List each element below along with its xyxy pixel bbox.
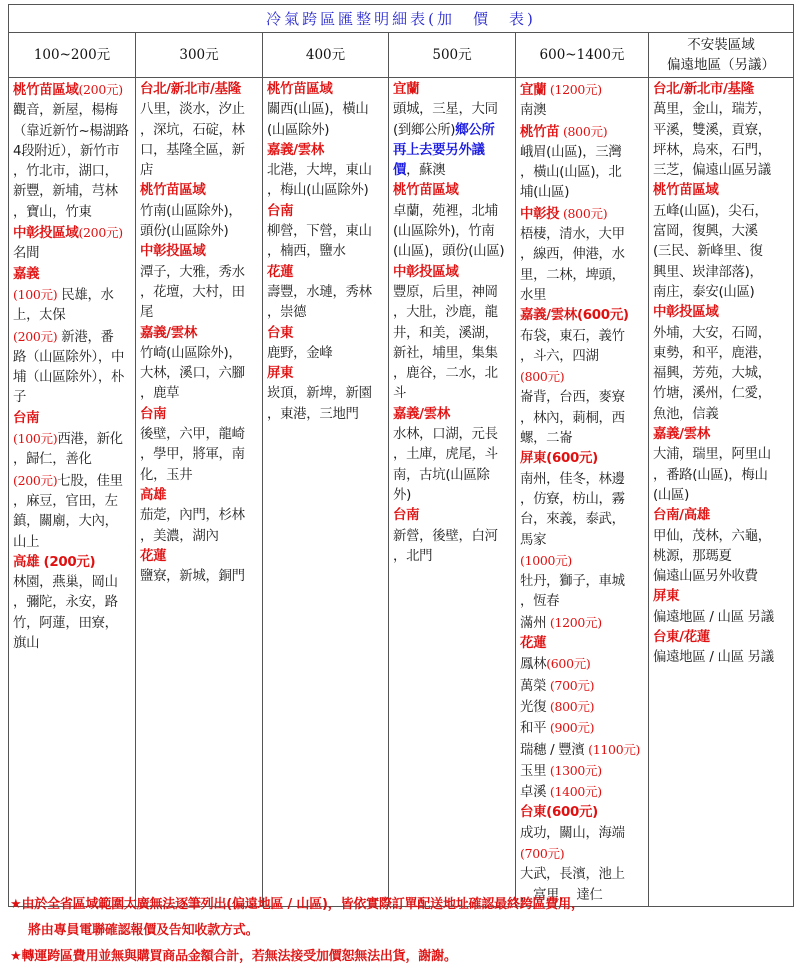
region-label: 嘉義/雲林 xyxy=(393,407,450,422)
area-line: ，土庫，虎尾，斗 xyxy=(393,445,512,465)
area-line: (200元) 新港，番 xyxy=(13,327,132,348)
area-text: 北港，大埤，東山 xyxy=(267,163,372,178)
region-label: 台南 xyxy=(393,508,419,523)
price-label: (800元) xyxy=(559,206,607,221)
area-line: （靠近新竹~楊湖路 xyxy=(13,122,132,142)
region-label: 高雄 (200元) xyxy=(13,555,95,570)
area-text: 鹽寮，新城，銅門 xyxy=(140,569,245,584)
region-label: 桃竹苗區域 xyxy=(393,183,458,198)
region-label: 嘉義/雲林 xyxy=(140,326,197,341)
area-line: 興里、崁津部落)， xyxy=(653,263,790,283)
area-line: (三民、新峰里、復 xyxy=(653,242,790,262)
price-label: (600元) xyxy=(546,656,590,671)
area-line: ，崇德 xyxy=(267,303,385,323)
area-text: 店 xyxy=(140,163,153,178)
area-text: 福興，芳苑，大城， xyxy=(653,366,771,381)
area-text: 豐原，后里，神岡 xyxy=(393,285,498,300)
header-label: 偏遠地區（另議） xyxy=(667,57,775,73)
region-label: 中彰投區域 xyxy=(393,265,458,280)
region-label: 嘉義 xyxy=(13,267,39,282)
region-label: 花蓮 xyxy=(267,265,293,280)
header-600-1400: 600~1400元 xyxy=(516,33,649,78)
area-line: 柳營，下營，東山 xyxy=(267,222,385,242)
area-text: 竹崎(山區除外)， xyxy=(140,346,241,361)
header-label: 300元 xyxy=(179,47,218,63)
area-text: (山區除外)，竹南 xyxy=(393,224,494,239)
area-line: ，仿寮，枋山，霧 xyxy=(520,490,645,510)
column-300: 台北/新北市/基隆八里，淡水，汐止，深坑，石碇，林口，基隆全區，新店桃竹苗區域竹… xyxy=(136,78,263,907)
area-line: 台南 xyxy=(267,202,385,222)
region-label: 嘉義/雲林 xyxy=(267,143,324,158)
area-line: 鹽寮，新城，銅門 xyxy=(140,567,259,587)
area-text: ，楠西，鹽水 xyxy=(267,244,346,259)
area-line: 山上 xyxy=(13,533,132,553)
area-text: 螺，二崙 xyxy=(520,431,572,446)
price-label: (1300元) xyxy=(546,763,602,778)
region-label: 桃竹苗區域 xyxy=(267,82,332,97)
area-text: (三民、新峰里、復 xyxy=(653,244,763,259)
area-text: 柳營，下營，東山 xyxy=(267,224,372,239)
area-text: (山區)，頭份(山區) xyxy=(393,244,504,259)
area-line: 偏遠地區 / 山區 另議 xyxy=(653,608,790,628)
area-text: 竹塘，溪州，仁愛， xyxy=(653,386,771,401)
area-line: 竹塘，溪州，仁愛， xyxy=(653,384,790,404)
area-text: 壽豐，水璉，秀林 xyxy=(267,285,372,300)
area-line: 大武，長濱，池上 xyxy=(520,865,645,885)
area-line: ，鹿谷，二水，北 xyxy=(393,364,512,384)
area-line: 南，古坑(山區除 xyxy=(393,466,512,486)
area-text: 茄萣，內門，杉林 xyxy=(140,508,245,523)
area-line: 外) xyxy=(393,486,512,506)
area-line: 井，和美，溪湖， xyxy=(393,324,512,344)
header-300: 300元 xyxy=(136,33,263,78)
area-text: 偏遠地區 / 山區 另議 xyxy=(653,610,774,625)
area-text: 平溪，雙溪，貢寮， xyxy=(653,123,771,138)
area-line: 台東(600元) xyxy=(520,803,645,823)
area-line: ，恆春 xyxy=(520,592,645,612)
area-line: 富岡，復興，大溪 xyxy=(653,222,790,242)
area-line: 峨眉(山區)，三灣 xyxy=(520,143,645,163)
area-text: 竹南(山區除外)， xyxy=(140,204,241,219)
area-line: 南州，佳冬，林邊 xyxy=(520,470,645,490)
area-text: 水里 xyxy=(520,288,546,303)
area-text: 頭份(山區除外) xyxy=(140,224,228,239)
area-text: ，鹿草 xyxy=(140,386,179,401)
area-line: 觀音，新屋，楊梅 xyxy=(13,101,132,121)
area-line: 台北/新北市/基隆 xyxy=(140,80,259,100)
area-line: ，東港，三地門 xyxy=(267,405,385,425)
area-line: 馬家 xyxy=(520,531,645,551)
area-line: 偏遠山區另外收費 xyxy=(653,567,790,587)
area-line: 卓蘭，苑裡，北埔 xyxy=(393,202,512,222)
header-500: 500元 xyxy=(389,33,516,78)
area-line: 路（山區除外），中 xyxy=(13,348,132,368)
area-text: 甲仙，茂林，六龜， xyxy=(653,529,771,544)
area-line: 桃竹苗區域 xyxy=(653,181,790,201)
header-400: 400元 xyxy=(263,33,389,78)
area-line: ，寶山，竹東 xyxy=(13,203,132,223)
price-label: (700元) xyxy=(546,678,594,693)
area-text: 價 xyxy=(393,163,406,178)
area-line: 福興，芳苑，大城， xyxy=(653,364,790,384)
area-line: 甲仙，茂林，六龜， xyxy=(653,527,790,547)
header-label: 100~200元 xyxy=(34,47,110,63)
area-line: 花蓮 xyxy=(267,263,385,283)
price-label: (800元) xyxy=(559,124,607,139)
area-line: 桃竹苗區域 xyxy=(140,181,259,201)
region-label: 台東/花蓮 xyxy=(653,630,710,645)
area-text: 上，太保 xyxy=(13,308,65,323)
column-400: 桃竹苗區域關西(山區)，橫山(山區除外)嘉義/雲林北港，大埤，東山，梅山(山區除… xyxy=(263,78,389,907)
area-line: 名間 xyxy=(13,244,132,264)
area-text: ，鹿谷，二水，北 xyxy=(393,366,498,381)
area-line: 埔(山區) xyxy=(520,183,645,203)
area-line: 花蓮 xyxy=(140,547,259,567)
area-line: 花蓮 xyxy=(520,634,645,654)
area-line: 鎮，關廟，大內， xyxy=(13,512,132,532)
region-label: 屏東 xyxy=(267,366,293,381)
region-label: 桃竹苗區域 xyxy=(13,83,78,98)
area-line: ，麻豆，官田，左 xyxy=(13,492,132,512)
star-icon: ★ xyxy=(10,897,21,912)
area-line: 玉里 (1300元) xyxy=(520,761,645,782)
area-line: (100元) 民雄，水 xyxy=(13,285,132,306)
price-label: (1200元) xyxy=(546,615,602,630)
area-line: ，林內，莿桐，西 xyxy=(520,409,645,429)
region-label: 桃竹苗 xyxy=(520,125,559,140)
price-label: (1400元) xyxy=(546,784,602,799)
price-label: (700元) xyxy=(520,846,564,861)
area-text: 尾 xyxy=(140,305,153,320)
area-line: 水里 xyxy=(520,286,645,306)
area-line: 高雄 xyxy=(140,486,259,506)
region-label: 中彰投區域 xyxy=(140,244,205,259)
region-label: 台東 xyxy=(267,326,293,341)
area-line: 屏東 xyxy=(653,587,790,607)
header-remote-areas: 不安裝區域偏遠地區（另議） xyxy=(649,33,794,78)
area-line: 鹿野，金峰 xyxy=(267,344,385,364)
area-text: 鄉公所 xyxy=(455,123,494,138)
region-label: 嘉義/雲林 xyxy=(653,427,710,442)
area-line: 關西(山區)，橫山 xyxy=(267,100,385,120)
area-line: 坪林，烏來，石門， xyxy=(653,141,790,161)
footnote-1-text: 由於全省區域範圍太廣無法逐筆列出(偏遠地區 / 山區)，皆依實際訂單配送地址確認… xyxy=(21,897,583,912)
area-text: 南，古坑(山區除 xyxy=(393,468,490,483)
area-text: 卓溪 xyxy=(520,785,546,800)
area-line: 萬榮 (700元) xyxy=(520,676,645,697)
area-line: 新豐，新埔，芎林 xyxy=(13,182,132,202)
area-line: 東勢，和平，鹿港， xyxy=(653,344,790,364)
area-line: 和平 (900元) xyxy=(520,718,645,739)
area-line: 布袋，東石，義竹 xyxy=(520,327,645,347)
area-line: ，北門 xyxy=(393,547,512,567)
footnote-1: ★由於全省區域範圍太廣無法逐筆列出(偏遠地區 / 山區)，皆依實際訂單配送地址確… xyxy=(10,892,790,918)
area-line: ，楠西，鹽水 xyxy=(267,242,385,262)
area-line: 嘉義/雲林 xyxy=(653,425,790,445)
area-text: 和平 xyxy=(520,721,546,736)
area-line: 滿州 (1200元) xyxy=(520,613,645,634)
area-line: 竹崎(山區除外)， xyxy=(140,344,259,364)
price-label: (900元) xyxy=(546,720,594,735)
area-text: 卓蘭，苑裡，北埔 xyxy=(393,204,498,219)
region-label: 宜蘭 xyxy=(520,83,546,98)
area-text: 八里，淡水，汐止 xyxy=(140,102,245,117)
area-line: (山區) xyxy=(653,486,790,506)
header-label: 500元 xyxy=(432,47,471,63)
area-text: 成功，關山，海端 xyxy=(520,826,625,841)
area-line: 斗 xyxy=(393,384,512,404)
area-text: ，竹北市，湖口， xyxy=(13,164,118,179)
area-text: 萬里，金山，瑞芳， xyxy=(653,102,771,117)
area-text: 南澳 xyxy=(520,103,546,118)
area-line: 桃竹苗區域 xyxy=(393,181,512,201)
area-text: 滿州 xyxy=(520,616,546,631)
area-line: 大浦，瑞里，阿里山 xyxy=(653,445,790,465)
area-line: 八里，淡水，汐止 xyxy=(140,100,259,120)
area-text: ，崇德 xyxy=(267,305,306,320)
region-label: 台南/高雄 xyxy=(653,508,710,523)
area-text: 口，基隆全區，新 xyxy=(140,143,245,158)
area-line: 崁頂，新埤，新園 xyxy=(267,384,385,404)
price-label: (200元) xyxy=(78,82,122,97)
area-line: 茄萣，內門，杉林 xyxy=(140,506,259,526)
area-line: 瑞穗 / 豐濱 (1100元) xyxy=(520,740,645,761)
area-line: 化，玉井 xyxy=(140,466,259,486)
area-text: 斗 xyxy=(393,386,406,401)
area-line: ，彌陀，永安，路 xyxy=(13,593,132,613)
header-label: 400元 xyxy=(306,47,345,63)
area-text: ，番路(山區)，梅山 xyxy=(653,468,768,483)
area-text: 南庄，泰安(山區) xyxy=(653,285,754,300)
area-text: 崙背，台西，麥寮 xyxy=(520,390,625,405)
area-line: 台南 xyxy=(13,409,132,429)
area-line: 光復 (800元) xyxy=(520,697,645,718)
area-line: 中彰投區域 xyxy=(140,242,259,262)
area-text: 鎮，關廟，大內， xyxy=(13,514,118,529)
price-label: (100元) xyxy=(13,287,57,302)
region-label: 桃竹苗區域 xyxy=(653,183,718,198)
area-line: (200元)七股，佳里 xyxy=(13,471,132,492)
area-line: 竹，阿蓮，田寮， xyxy=(13,614,132,634)
region-label: 屏東 xyxy=(653,589,679,604)
area-text: 瑞穗 / 豐濱 xyxy=(520,743,585,758)
region-label: 台東(600元) xyxy=(520,805,598,820)
area-line: 嘉義/雲林 xyxy=(393,405,512,425)
area-line: 螺，二崙 xyxy=(520,429,645,449)
header-100-200: 100~200元 xyxy=(9,33,136,78)
area-line: 北港，大埤，東山 xyxy=(267,161,385,181)
area-text: ，北門 xyxy=(393,549,432,564)
area-line: 桃竹苗區域 xyxy=(267,80,385,100)
area-text: 偏遠地區 / 山區 另議 xyxy=(653,650,774,665)
area-line: 上，太保 xyxy=(13,306,132,326)
area-line: 4段附近），新竹市 xyxy=(13,142,132,162)
area-line: 中彰投 (800元) xyxy=(520,204,645,225)
area-line: (山區)，頭份(山區) xyxy=(393,242,512,262)
area-line: 崙背，台西，麥寮 xyxy=(520,388,645,408)
region-label: 台南 xyxy=(267,204,293,219)
region-label: 台南 xyxy=(13,411,39,426)
area-text: ，美濃，湖內 xyxy=(140,529,219,544)
header-row: 100~200元 300元 400元 500元 600~1400元 不安裝區域偏… xyxy=(9,33,794,78)
price-label: (100元) xyxy=(13,431,57,446)
area-text: 峨眉(山區)，三灣 xyxy=(520,145,621,160)
area-line: 價，蘇澳 xyxy=(393,161,512,181)
column-100-200: 桃竹苗區域(200元)觀音，新屋，楊梅（靠近新竹~楊湖路4段附近），新竹市，竹北… xyxy=(9,78,136,907)
area-text: 民雄，水 xyxy=(57,288,113,303)
area-text: 再上去要另外議 xyxy=(393,143,485,158)
area-line: 壽豐，水璉，秀林 xyxy=(267,283,385,303)
area-text: 台，來義，泰武， xyxy=(520,512,625,527)
area-line: ，梅山(山區除外) xyxy=(267,181,385,201)
area-line: (700元) xyxy=(520,844,645,865)
area-text: 坪林，烏來，石門， xyxy=(653,143,771,158)
area-text: ，線西，伸港，水 xyxy=(520,247,625,262)
area-text: ，花壇，大村，田 xyxy=(140,285,245,300)
area-line: 豐原，后里，神岡 xyxy=(393,283,512,303)
area-line: ，大肚，沙鹿，龍 xyxy=(393,303,512,323)
area-line: 水林，口湖，元長 xyxy=(393,425,512,445)
area-text: ，麻豆，官田，左 xyxy=(13,494,118,509)
area-line: (山區除外)，竹南 xyxy=(393,222,512,242)
region-label: 台北/新北市/基隆 xyxy=(140,82,241,97)
area-text: 路（山區除外），中 xyxy=(13,350,124,365)
area-line: 竹南(山區除外)， xyxy=(140,202,259,222)
area-text: 里，二林，埤頭， xyxy=(520,268,625,283)
area-text: 頭城，三星，大同 xyxy=(393,102,498,117)
area-line: 新營，後壁，白河 xyxy=(393,527,512,547)
area-text: ，橫山(山區)，北 xyxy=(520,165,621,180)
area-line: 台，來義，泰武， xyxy=(520,510,645,530)
area-line: ，花壇，大村，田 xyxy=(140,283,259,303)
area-line: 台東/花蓮 xyxy=(653,628,790,648)
area-text: 七股，佳里 xyxy=(57,474,122,489)
area-text: 光復 xyxy=(520,700,546,715)
area-text: 新豐，新埔，芎林 xyxy=(13,184,118,199)
area-line: 里，二林，埤頭， xyxy=(520,266,645,286)
price-label: (800元) xyxy=(520,369,564,384)
area-text: 埔(山區) xyxy=(520,185,569,200)
area-line: (到鄉公所)鄉公所 xyxy=(393,121,512,141)
region-label: 台北/新北市/基隆 xyxy=(653,82,754,97)
area-text: ，林內，莿桐，西 xyxy=(520,411,625,426)
price-label: (200元) xyxy=(13,473,57,488)
price-label: (1200元) xyxy=(546,82,602,97)
area-text: 牡丹，獅子，車城 xyxy=(520,574,625,589)
area-text: 外) xyxy=(393,488,411,503)
area-line: 中彰投區域(200元) xyxy=(13,223,132,244)
area-line: (100元)西港，新化 xyxy=(13,429,132,450)
price-label: (200元) xyxy=(13,329,57,344)
header-label: 600~1400元 xyxy=(540,47,625,63)
footnote-2-text: 轉運跨區費用並無與購買商品金額合計，若無法接受加價恕無法出貨，謝謝。 xyxy=(21,949,456,964)
area-text: 新社，埔里，集集 xyxy=(393,346,498,361)
price-label: (200元) xyxy=(78,225,122,240)
area-text: 鹿野，金峰 xyxy=(267,346,332,361)
column-600-1400: 宜蘭 (1200元)南澳桃竹苗 (800元)峨眉(山區)，三灣，橫山(山區)，北… xyxy=(516,78,649,907)
area-text: (山區) xyxy=(653,488,689,503)
area-text: 玉里 xyxy=(520,764,546,779)
area-text: 鳳林 xyxy=(520,657,546,672)
region-label: 高雄 xyxy=(140,488,166,503)
region-label: 中彰投區域 xyxy=(653,305,718,320)
area-text: 魚池，信義 xyxy=(653,407,718,422)
area-line: 宜蘭 xyxy=(393,80,512,100)
area-text: 旗山 xyxy=(13,636,39,651)
area-line: 梧棲，清水，大甲 xyxy=(520,225,645,245)
area-text: 三芝，偏遠山區另議 xyxy=(653,163,771,178)
area-line: 三芝，偏遠山區另議 xyxy=(653,161,790,181)
star-icon: ★ xyxy=(10,949,21,964)
footnotes: ★由於全省區域範圍太廣無法逐筆列出(偏遠地區 / 山區)，皆依實際訂單配送地址確… xyxy=(10,892,790,970)
region-label: 宜蘭 xyxy=(393,82,419,97)
area-text: ，蘇澳 xyxy=(406,163,445,178)
area-text: ，彌陀，永安，路 xyxy=(13,595,118,610)
area-line: 子 xyxy=(13,388,132,408)
price-label: (1100元) xyxy=(585,742,641,757)
area-text: 潭子，大雅，秀水 xyxy=(140,265,245,280)
area-text: 富岡，復興，大溪 xyxy=(653,224,758,239)
area-line: ，美濃，湖內 xyxy=(140,527,259,547)
area-text: 五峰(山區)，尖石， xyxy=(653,204,768,219)
area-text: 化，玉井 xyxy=(140,468,192,483)
area-text: ，仿寮，枋山，霧 xyxy=(520,492,625,507)
area-line: 潭子，大雅，秀水 xyxy=(140,263,259,283)
area-text: ，土庫，虎尾，斗 xyxy=(393,447,498,462)
price-label: (1000元) xyxy=(520,553,572,568)
area-line: 台南 xyxy=(393,506,512,526)
area-text: ，學甲，將軍，南 xyxy=(140,447,245,462)
area-text: ，深坑，石碇，林 xyxy=(140,123,245,138)
area-line: ，番路(山區)，梅山 xyxy=(653,466,790,486)
area-text: 萬榮 xyxy=(520,679,546,694)
area-line: ，學甲，將軍，南 xyxy=(140,445,259,465)
area-line: 口，基隆全區，新 xyxy=(140,141,259,161)
area-text: 大武，長濱，池上 xyxy=(520,867,625,882)
area-line: 萬里，金山，瑞芳， xyxy=(653,100,790,120)
area-line: 卓溪 (1400元) xyxy=(520,782,645,803)
area-text: ，恆春 xyxy=(520,594,559,609)
region-label: 花蓮 xyxy=(140,549,166,564)
region-label: 屏東(600元) xyxy=(520,451,598,466)
area-text: 山上 xyxy=(13,535,39,550)
area-text: 4段附近），新竹市 xyxy=(13,144,119,159)
area-text: (山區除外) xyxy=(267,123,329,138)
area-text: ，寶山，竹東 xyxy=(13,205,92,220)
area-line: 偏遠地區 / 山區 另議 xyxy=(653,648,790,668)
area-text: 外埔，大安，石岡， xyxy=(653,326,771,341)
area-line: 新社，埔里，集集 xyxy=(393,344,512,364)
area-text: ，東港，三地門 xyxy=(267,407,359,422)
area-text: （靠近新竹~楊湖路 xyxy=(13,124,129,139)
area-text: 馬家 xyxy=(520,533,546,548)
region-label: 中彰投區域 xyxy=(13,226,78,241)
area-text: 水林，口湖，元長 xyxy=(393,427,498,442)
column-remote-areas: 台北/新北市/基隆萬里，金山，瑞芳，平溪，雙溪，貢寮，坪林，烏來，石門，三芝，偏… xyxy=(649,78,794,907)
area-text: ，斗六，四湖 xyxy=(520,349,599,364)
area-text: 新港，番 xyxy=(57,330,113,345)
header-label: 不安裝區域 xyxy=(687,37,755,53)
area-line: 店 xyxy=(140,161,259,181)
area-line: 屏東(600元) xyxy=(520,449,645,469)
area-text: 竹，阿蓮，田寮， xyxy=(13,616,118,631)
area-text: 東勢，和平，鹿港， xyxy=(653,346,771,361)
area-line: 台東 xyxy=(267,324,385,344)
area-line: ，線西，伸港，水 xyxy=(520,245,645,265)
area-line: 台南/高雄 xyxy=(653,506,790,526)
area-line: 埔（山區除外），朴 xyxy=(13,368,132,388)
area-line: 魚池，信義 xyxy=(653,405,790,425)
